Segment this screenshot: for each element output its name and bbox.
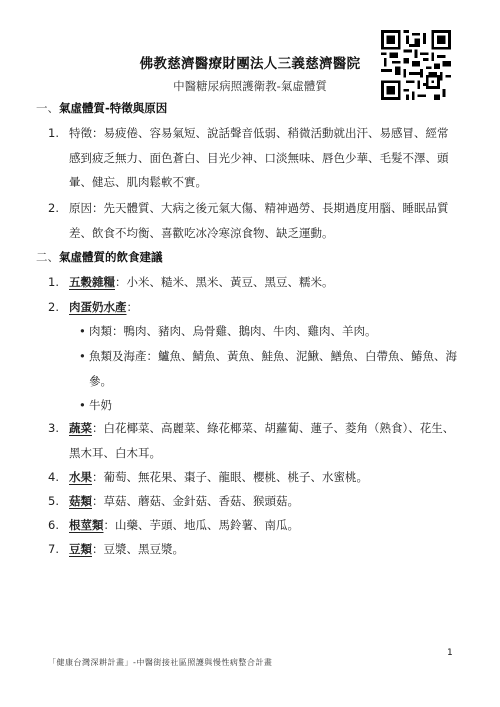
bullet-icon: • [79, 344, 86, 369]
qr-code-icon[interactable] [381, 30, 451, 100]
item-keyword: 豆類 [69, 542, 92, 556]
bullet-text: 魚類及海產：鱸魚、鯖魚、黃魚、鮭魚、泥鰍、鱔魚、白帶魚、鰆魚、海參。 [89, 344, 459, 393]
item-number: 7. [48, 537, 68, 562]
list-item: 2. 肉蛋奶水產： [48, 295, 458, 320]
section-heading-2: 二、氣虛體質的飲食建議 [36, 249, 163, 265]
item-text: 特徵：易疲倦、容易氣短、說話聲音低弱、稍微活動就出汗、易感冒、經常感到疲乏無力、… [69, 121, 458, 195]
page-number: 1 [447, 648, 453, 658]
section-number: 二、 [36, 250, 59, 264]
item-text: ：小米、糙米、黑米、黃豆、黑豆、糯米。 [115, 275, 334, 289]
item-number: 1. [48, 270, 68, 295]
item-text: ：豆漿、黑豆漿。 [92, 542, 184, 556]
item-keyword: 肉蛋奶水產 [69, 300, 127, 314]
item-text: 原因：先天體質、大病之後元氣大傷、精神過勞、長期過度用腦、睡眠品質差、飲食不均衡… [69, 196, 458, 245]
item-number: 4. [48, 465, 68, 490]
bullet-text: 肉類：鴨肉、豬肉、烏骨雞、鵝肉、牛肉、雞肉、羊肉。 [89, 319, 459, 344]
item-number: 2. [48, 295, 68, 320]
list-item: 4. 水果：葡萄、無花果、棗子、龍眼、櫻桃、桃子、水蜜桃。 [48, 465, 458, 490]
bullet-item: • 牛奶 [79, 393, 459, 418]
bullet-item: • 魚類及海產：鱸魚、鯖魚、黃魚、鮭魚、泥鰍、鱔魚、白帶魚、鰆魚、海參。 [79, 344, 459, 393]
bullet-text: 牛奶 [89, 393, 459, 418]
item-text: ： [127, 300, 139, 314]
section-title: 氣虛體質-特徵與原因 [59, 101, 167, 115]
list-item: 1. 特徵：易疲倦、容易氣短、說話聲音低弱、稍微活動就出汗、易感冒、經常感到疲乏… [48, 121, 458, 195]
section-number: 一、 [36, 101, 59, 115]
list-item: 6. 根莖類：山藥、芋頭、地瓜、馬鈴薯、南瓜。 [48, 513, 458, 538]
item-text: ：草菇、蘑菇、金針菇、香菇、猴頭菇。 [92, 494, 299, 508]
item-number: 1. [48, 121, 68, 146]
item-keyword: 菇類 [69, 494, 92, 508]
item-keyword: 五穀雜糧 [69, 275, 115, 289]
item-keyword: 水果 [69, 470, 92, 484]
item-number: 5. [48, 489, 68, 514]
bullet-item: • 肉類：鴨肉、豬肉、烏骨雞、鵝肉、牛肉、雞肉、羊肉。 [79, 319, 459, 344]
list-item: 5. 菇類：草菇、蘑菇、金針菇、香菇、猴頭菇。 [48, 489, 458, 514]
list-item: 7. 豆類：豆漿、黑豆漿。 [48, 537, 458, 562]
section-heading-1: 一、氣虛體質-特徵與原因 [36, 100, 167, 116]
item-number: 6. [48, 513, 68, 538]
bullet-icon: • [79, 319, 86, 344]
item-number: 2. [48, 196, 68, 221]
item-text: ：葡萄、無花果、棗子、龍眼、櫻桃、桃子、水蜜桃。 [92, 470, 368, 484]
section-title: 氣虛體質的飲食建議 [59, 250, 163, 264]
list-item: 2. 原因：先天體質、大病之後元氣大傷、精神過勞、長期過度用腦、睡眠品質差、飲食… [48, 196, 458, 245]
list-item: 3. 蔬菜：白花椰菜、高麗菜、綠花椰菜、胡蘿蔔、蓮子、菱角（熟食）、花生、黑木耳… [48, 416, 458, 465]
item-keyword: 根莖類 [69, 518, 104, 532]
footer-text: 「健康台灣深耕計畫」-中醫街接社區照護與慢性病整合計畫 [48, 657, 272, 668]
item-text: ：山藥、芋頭、地瓜、馬鈴薯、南瓜。 [104, 518, 300, 532]
item-number: 3. [48, 416, 68, 441]
bullet-icon: • [79, 393, 86, 418]
item-text: ：白花椰菜、高麗菜、綠花椰菜、胡蘿蔔、蓮子、菱角（熟食）、花生、黑木耳、白木耳。 [69, 421, 454, 460]
item-keyword: 蔬菜 [69, 421, 92, 435]
list-item: 1. 五穀雜糧：小米、糙米、黑米、黃豆、黑豆、糯米。 [48, 270, 458, 295]
